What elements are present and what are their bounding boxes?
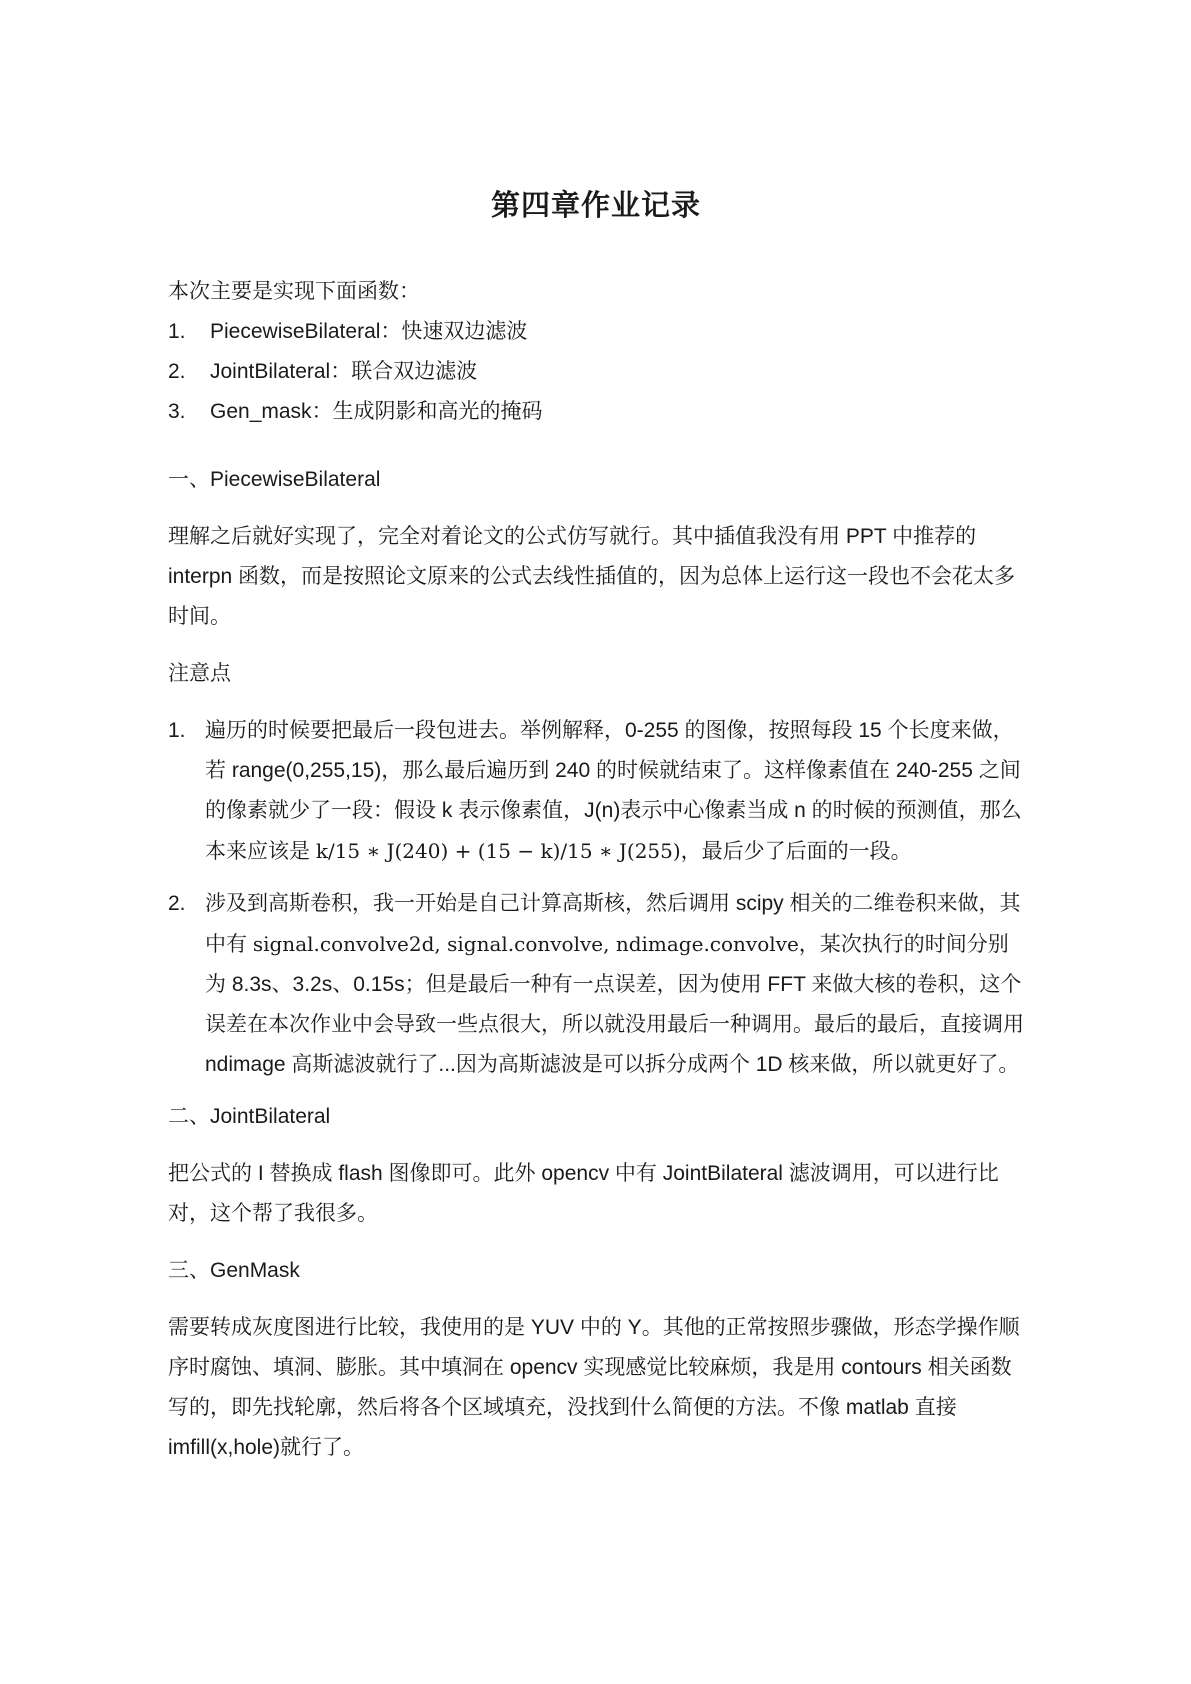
inline-code-names: signal.convolve2d, signal.convolve, ndim… [253,932,799,956]
list-item-label: Gen_mask：生成阴影和高光的掩码 [210,392,1024,432]
list-item: 2. JointBilateral：联合双边滤波 [168,352,1024,392]
note-text-run: ，最后少了后面的一段。 [681,840,912,863]
paragraph: 理解之后就好实现了，完全对着论文的公式仿写就行。其中插值我没有用 PPT 中推荐… [168,517,1024,637]
list-number: 3. [168,392,210,432]
intro-paragraph: 本次主要是实现下面函数： [168,272,1024,312]
document-page: 第四章作业记录 本次主要是实现下面函数： 1. PiecewiseBilater… [0,0,1191,1684]
list-number: 2. [168,884,205,924]
function-list: 1. PiecewiseBilateral：快速双边滤波 2. JointBil… [168,312,1024,432]
list-item: 1. PiecewiseBilateral：快速双边滤波 [168,312,1024,352]
list-number: 2. [168,352,210,392]
list-number: 1. [168,711,205,751]
note-item: 2. 涉及到高斯卷积，我一开始是自己计算高斯核，然后调用 scipy 相关的二维… [168,884,1024,1085]
inline-formula: k/15 ∗ J(240) + (15 − k)/15 ∗ J(255) [316,839,681,863]
list-number: 1. [168,312,210,352]
paragraph: 把公式的 I 替换成 flash 图像即可。此外 opencv 中有 Joint… [168,1154,1024,1234]
section-heading-piecewise-bilateral: 一、PiecewiseBilateral [168,460,1024,500]
section-heading-joint-bilateral: 二、JointBilateral [168,1097,1024,1137]
list-item: 3. Gen_mask：生成阴影和高光的掩码 [168,392,1024,432]
note-item: 1. 遍历的时候要把最后一段包进去。举例解释，0-255 的图像，按照每段 15… [168,711,1024,872]
note-text: 遍历的时候要把最后一段包进去。举例解释，0-255 的图像，按照每段 15 个长… [205,711,1024,872]
notes-list: 1. 遍历的时候要把最后一段包进去。举例解释，0-255 的图像，按照每段 15… [168,711,1024,1085]
document-title: 第四章作业记录 [168,184,1024,228]
section-heading-gen-mask: 三、GenMask [168,1251,1024,1291]
note-text: 涉及到高斯卷积，我一开始是自己计算高斯核，然后调用 scipy 相关的二维卷积来… [205,884,1024,1085]
list-item-label: JointBilateral：联合双边滤波 [210,352,1024,392]
list-item-label: PiecewiseBilateral：快速双边滤波 [210,312,1024,352]
notes-label: 注意点 [168,654,1024,694]
paragraph: 需要转成灰度图进行比较，我使用的是 YUV 中的 Y。其他的正常按照步骤做，形态… [168,1308,1024,1468]
